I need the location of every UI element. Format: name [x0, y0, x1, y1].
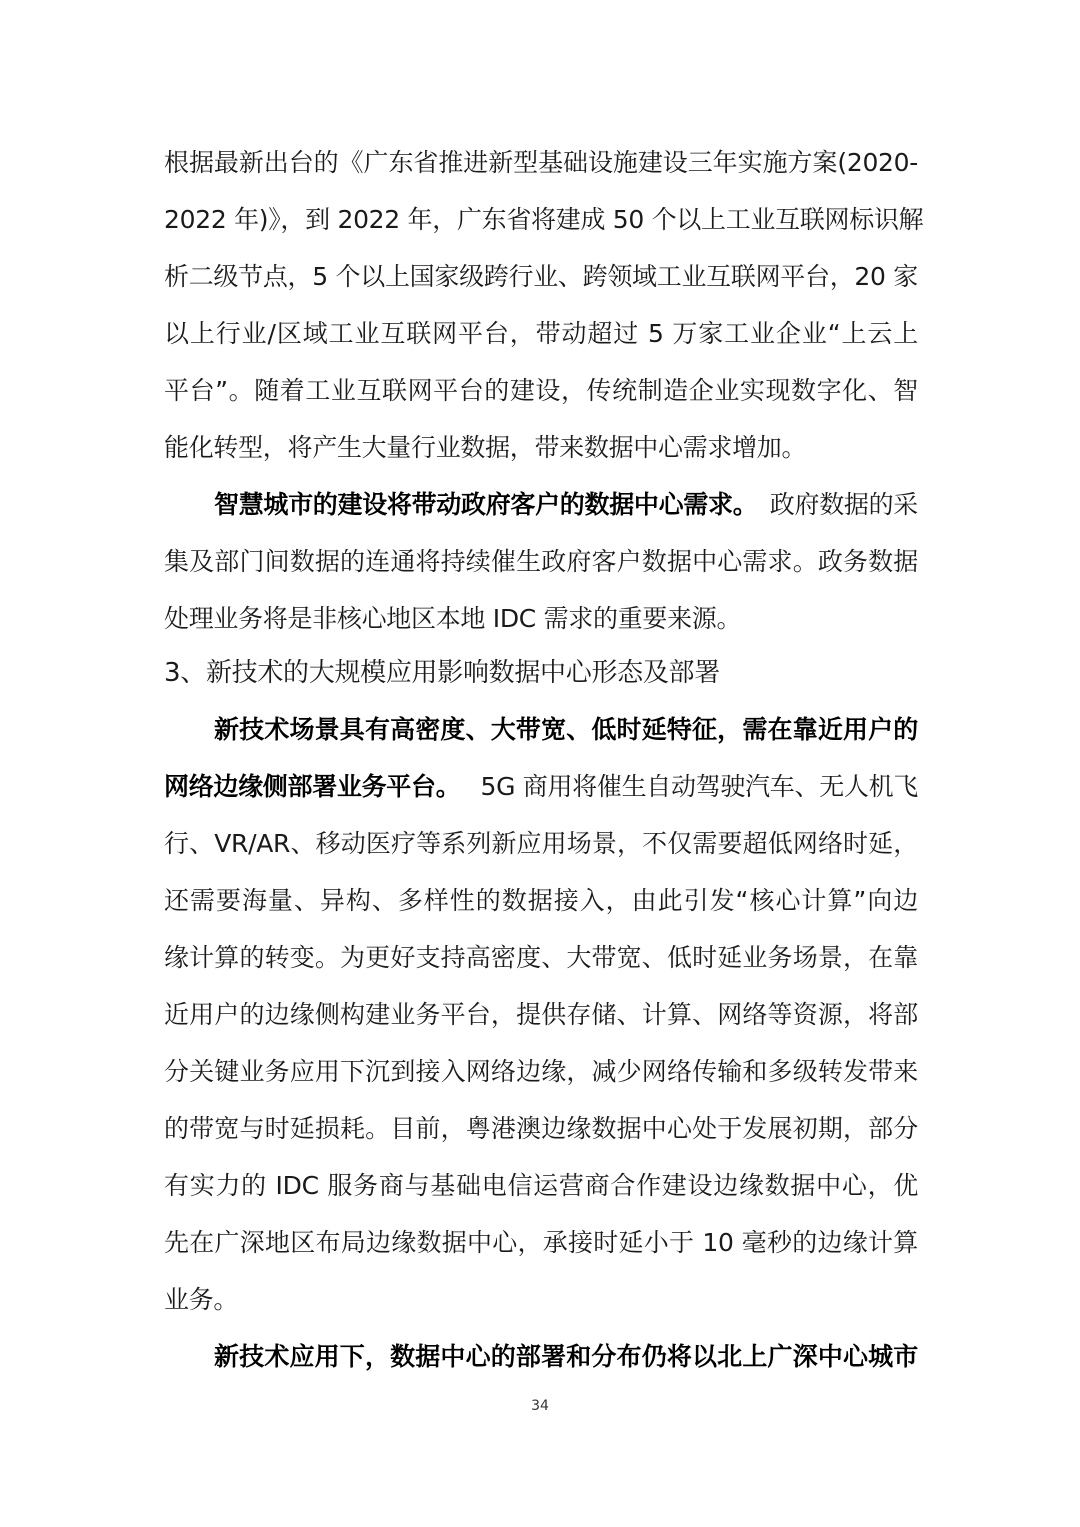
paragraph-line: 能化转型，将产生大量行业数据，带来数据中心需求增加。 [164, 431, 918, 465]
paragraph-line: 以上行业/区域工业互联网平台，带动超过 5 万家工业企业“上云上 [164, 317, 918, 351]
document-page: 根据最新出台的《广东省推进新型基础设施建设三年实施方案(2020- 2022 年… [0, 0, 1080, 1527]
lead-rest: 政府数据的采 [770, 488, 918, 522]
bold-line: 新技术场景具有高密度、大带宽、低时延特征，需在靠近用户的 [214, 713, 918, 747]
paragraph-mixed-line: 网络边缘侧部署业务平台。 5G 商用将催生自动驾驶汽车、无人机飞 [164, 770, 918, 804]
paragraph-line: 的带宽与时延损耗。目前，粤港澳边缘数据中心处于发展初期，部分 [164, 1112, 918, 1146]
section-heading: 3、新技术的大规模应用影响数据中心形态及部署 [164, 656, 918, 690]
paragraph-line: 缘计算的转变。为更好支持高密度、大带宽、低时延业务场景，在靠 [164, 941, 918, 975]
paragraph-line: 析二级节点，5 个以上国家级跨行业、跨领域工业互联网平台，20 家 [164, 260, 918, 294]
paragraph-line: 近用户的边缘侧构建业务平台，提供存储、计算、网络等资源，将部 [164, 998, 918, 1032]
paragraph-line: 根据最新出台的《广东省推进新型基础设施建设三年实施方案(2020- [164, 146, 918, 180]
paragraph-line: 分关键业务应用下沉到接入网络边缘，减少网络传输和多级转发带来 [164, 1055, 918, 1089]
lead-rest: 5G 商用将催生自动驾驶汽车、无人机飞 [480, 770, 918, 804]
paragraph-line: 平台”。随着工业互联网平台的建设，传统制造企业实现数字化、智 [164, 374, 918, 408]
page-number: 34 [0, 1398, 1080, 1414]
bold-lead: 智慧城市的建设将带动政府客户的数据中心需求。 [214, 488, 757, 522]
paragraph-line: 集及部门间数据的连通将持续催生政府客户数据中心需求。政务数据 [164, 545, 918, 579]
bold-line: 新技术应用下，数据中心的部署和分布仍将以北上广深中心城市 [214, 1340, 918, 1374]
paragraph-line: 处理业务将是非核心地区本地 IDC 需求的重要来源。 [164, 602, 918, 636]
paragraph-first-line: 智慧城市的建设将带动政府客户的数据中心需求。 政府数据的采 [214, 488, 918, 522]
paragraph-line: 有实力的 IDC 服务商与基础电信运营商合作建设边缘数据中心，优 [164, 1169, 918, 1203]
paragraph-line: 先在广深地区布局边缘数据中心，承接时延小于 10 毫秒的边缘计算 [164, 1226, 918, 1260]
paragraph-line: 业务。 [164, 1283, 918, 1317]
paragraph-line: 还需要海量、异构、多样性的数据接入，由此引发“核心计算”向边 [164, 884, 918, 918]
paragraph-line: 行、VR/AR、移动医疗等系列新应用场景，不仅需要超低网络时延， [164, 827, 918, 861]
paragraph-line: 2022 年)》，到 2022 年，广东省将建成 50 个以上工业互联网标识解 [164, 203, 918, 237]
bold-lead: 网络边缘侧部署业务平台。 [164, 770, 460, 804]
